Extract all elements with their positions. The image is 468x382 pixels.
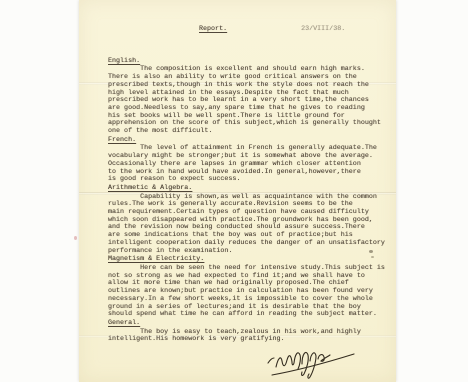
section-french: French. The level of attainment in Frenc… (108, 137, 394, 184)
section-english: English. The composition is excellent an… (108, 58, 394, 136)
scan-speck (369, 250, 373, 253)
section-body-english: The composition is excellent and should … (108, 66, 394, 135)
section-body-french: The level of attainment in French is gen… (108, 145, 394, 184)
section-heading-general: General. (108, 320, 140, 328)
report-content: Report. 23/VIII/38. English. The composi… (108, 26, 394, 380)
scan-speck (371, 256, 374, 258)
report-title: Report. (199, 26, 227, 34)
section-arithmetic-algebra: Arithmetic & Algebra. Capability is show… (108, 185, 394, 255)
report-header: Report. 23/VIII/38. (108, 26, 394, 34)
section-heading-arithmetic-algebra: Arithmetic & Algebra. (108, 185, 192, 193)
section-body-general: The boy is easy to teach,zealous in his … (108, 329, 394, 344)
report-paper: Report. 23/VIII/38. English. The composi… (79, 0, 396, 382)
section-general: General. The boy is easy to teach,zealou… (108, 320, 394, 344)
section-body-magnetism-electricity: Here can be seen the need for intensive … (108, 265, 394, 319)
signature-area (266, 346, 394, 380)
section-magnetism-electricity: Magnetism & Electricity. Here can be see… (108, 256, 394, 319)
section-heading-magnetism-electricity: Magnetism & Electricity. (108, 256, 204, 264)
section-body-arithmetic-algebra: Capability is shown,as well as acquainta… (108, 194, 394, 256)
report-date: 23/VIII/38. (301, 26, 345, 34)
signature-scrawl (266, 346, 358, 380)
scan-speck (74, 236, 77, 240)
